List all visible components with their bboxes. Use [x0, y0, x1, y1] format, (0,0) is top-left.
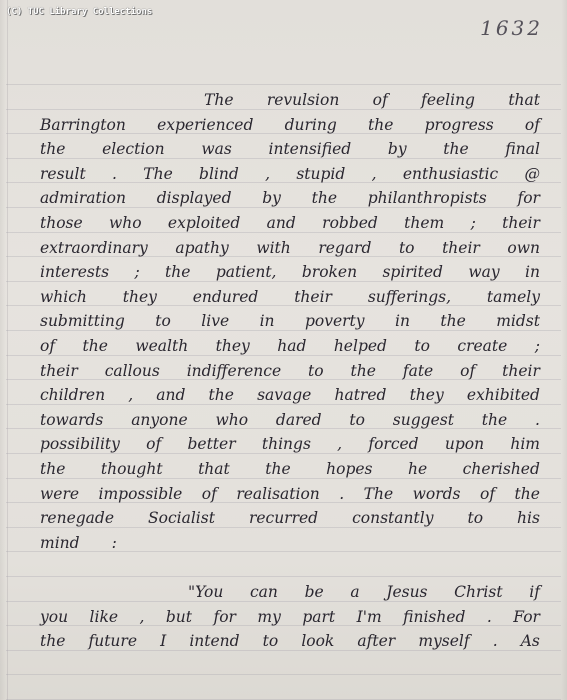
manuscript-line: children,andthesavagehatredtheyexhibited [40, 383, 540, 407]
word: the [368, 113, 393, 137]
word: you [40, 605, 68, 629]
word: robbed [322, 211, 378, 235]
word: enthusiastic [403, 162, 498, 186]
word: ; [471, 211, 476, 235]
word: he [408, 457, 427, 481]
word: of [460, 359, 475, 383]
manuscript-line: renegadeSocialistrecurredconstantlytohis [40, 506, 540, 530]
word: , [139, 605, 144, 629]
manuscript-line: Barringtonexperiencedduringtheprogressof [40, 113, 540, 137]
word: . [112, 162, 117, 186]
word: to [263, 629, 279, 653]
word: in [525, 260, 540, 284]
word: fate [403, 359, 433, 383]
word: upon [445, 432, 484, 456]
word: for [517, 186, 539, 210]
word: things [262, 432, 311, 456]
word: way [468, 260, 499, 284]
word: ; [134, 260, 139, 284]
word: their [40, 359, 78, 383]
word: they [410, 383, 444, 407]
word: , [372, 162, 377, 186]
word: to [155, 309, 171, 333]
manuscript-line: whichtheyenduredtheirsufferings,tamely [40, 285, 540, 309]
word: myself [418, 629, 469, 653]
word: stupid [296, 162, 345, 186]
word: future [88, 629, 137, 653]
word: extraordinary [40, 236, 148, 260]
word: philanthropists [368, 186, 487, 210]
word: who [109, 211, 142, 235]
word: cherished [463, 457, 540, 481]
manuscript-line: thosewhoexploitedandrobbedthem;their [40, 211, 540, 235]
word: who [215, 408, 248, 432]
word: , [337, 432, 342, 456]
word: patient, [216, 260, 277, 284]
word: a [350, 580, 359, 604]
word: wealth [135, 334, 188, 358]
word: tamely [487, 285, 540, 309]
word: by [388, 137, 407, 161]
manuscript-line: wereimpossibleofrealisation.Thewordsofth… [40, 482, 540, 506]
word: submitting [40, 309, 125, 333]
word: sufferings, [368, 285, 451, 309]
word: which [40, 285, 87, 309]
word: Barrington [40, 113, 126, 137]
word: The [143, 162, 173, 186]
word: : [112, 531, 117, 555]
word: broken [302, 260, 357, 284]
word: experienced [157, 113, 253, 137]
word: revulsion [267, 88, 340, 112]
word: by [262, 186, 281, 210]
word: the [440, 309, 465, 333]
word: @ [524, 162, 540, 186]
copyright-watermark: (C) TUC Library Collections [6, 7, 152, 17]
word: impossible [99, 482, 183, 506]
manuscript-line: thethoughtthatthehopeshecherished [40, 457, 540, 481]
manuscript-line: theircallousindifferencetothefateoftheir [40, 359, 540, 383]
manuscript-line: mind: [40, 531, 540, 555]
word: poverty [305, 309, 365, 333]
word: apathy [175, 236, 228, 260]
word: was [201, 137, 231, 161]
word: anyone [131, 408, 187, 432]
manuscript-line: Therevulsionoffeelingthat [40, 88, 540, 112]
word: result [40, 162, 86, 186]
word: endured [193, 285, 259, 309]
word: election [102, 137, 164, 161]
word: intend [189, 629, 239, 653]
word: be [305, 580, 324, 604]
word: realisation [236, 482, 319, 506]
word: intensified [269, 137, 352, 161]
word: constantly [352, 506, 433, 530]
word: . [339, 482, 344, 506]
word: children [40, 383, 105, 407]
word: during [285, 113, 337, 137]
manuscript-page: (C) TUC Library Collections 1632 Therevu… [0, 0, 567, 700]
word: ; [535, 334, 540, 358]
word: of [40, 334, 55, 358]
word: to [467, 506, 483, 530]
word: his [517, 506, 540, 530]
word: but [166, 605, 192, 629]
word: mind [40, 531, 80, 555]
manuscript-line: submittingtoliveinpovertyinthemidst [40, 309, 540, 333]
word: and [156, 383, 185, 407]
manuscript-line: youlike,butformypartI'mfinished.For [40, 605, 540, 629]
word: Socialist [148, 506, 215, 530]
word: own [507, 236, 540, 260]
word: admiration [40, 186, 126, 210]
margin-line [7, 0, 8, 700]
word: . [487, 605, 492, 629]
word: interests [40, 260, 109, 284]
word: my [257, 605, 280, 629]
word: hopes [326, 457, 372, 481]
word: spirited [382, 260, 443, 284]
word: the [265, 457, 290, 481]
manuscript-line: possibilityofbetterthings,forceduponhim [40, 432, 540, 456]
word: if [529, 580, 540, 604]
word: exploited [168, 211, 240, 235]
word: For [513, 605, 540, 629]
manuscript-line: ofthewealththeyhadhelpedtocreate; [40, 334, 540, 358]
word: The [204, 88, 234, 112]
word: better [187, 432, 235, 456]
word: their [442, 236, 480, 260]
manuscript-line: admirationdisplayedbythephilanthropistsf… [40, 186, 540, 210]
word: the [482, 408, 507, 432]
word: the [515, 482, 540, 506]
word: forced [368, 432, 418, 456]
word: were [40, 482, 79, 506]
word: the [209, 383, 234, 407]
manuscript-line: towardsanyonewhodaredtosuggestthe. [40, 408, 540, 432]
word: the [351, 359, 376, 383]
word: like [90, 605, 118, 629]
word: their [502, 211, 540, 235]
word: the [165, 260, 190, 284]
word: . [493, 629, 498, 653]
word: to [399, 236, 415, 260]
ruled-line [6, 84, 561, 85]
word: of [146, 432, 161, 456]
word: words [413, 482, 461, 506]
word: to [349, 408, 365, 432]
word: thought [101, 457, 163, 481]
word: dared [276, 408, 322, 432]
word: their [502, 359, 540, 383]
manuscript-line: interests;thepatient,brokenspiritedwayin [40, 260, 540, 284]
word: exhibited [467, 383, 540, 407]
manuscript-line: extraordinaryapathywithregardtotheirown [40, 236, 540, 260]
word: part [302, 605, 335, 629]
word: recurred [249, 506, 318, 530]
word: the [40, 629, 65, 653]
ruled-line [6, 674, 561, 675]
word: finished [403, 605, 465, 629]
word: for [213, 605, 235, 629]
word: "You [188, 580, 223, 604]
word: they [123, 285, 157, 309]
word: renegade [40, 506, 114, 530]
word: had [277, 334, 306, 358]
manuscript-line: theelectionwasintensifiedbythefinal [40, 137, 540, 161]
word: the [312, 186, 337, 210]
word: callous [105, 359, 160, 383]
word: and [267, 211, 296, 235]
word: of [373, 88, 388, 112]
manuscript-line: result.Theblind,stupid,enthusiastic@ [40, 162, 540, 186]
word: possibility [40, 432, 120, 456]
word: midst [496, 309, 540, 333]
word: blind [199, 162, 239, 186]
word: can [250, 580, 278, 604]
word: feeling [421, 88, 475, 112]
word: look [301, 629, 334, 653]
word: , [265, 162, 270, 186]
manuscript-line: "YoucanbeaJesusChristif [40, 580, 540, 604]
word: to [308, 359, 324, 383]
word: in [260, 309, 275, 333]
word: , [128, 383, 133, 407]
word: I'm [357, 605, 382, 629]
word: indifference [187, 359, 281, 383]
word: after [357, 629, 395, 653]
manuscript-line: thefutureIintendtolookaftermyself.As [40, 629, 540, 653]
word: the [40, 137, 65, 161]
word: Christ [454, 580, 502, 604]
word: towards [40, 408, 103, 432]
word: I [160, 629, 166, 653]
word: final [505, 137, 540, 161]
word: live [201, 309, 229, 333]
word: savage [257, 383, 311, 407]
word: create [457, 334, 507, 358]
word: the [40, 457, 65, 481]
word: The [364, 482, 394, 506]
word: him [510, 432, 540, 456]
word: of [480, 482, 495, 506]
word: progress [425, 113, 494, 137]
word: displayed [157, 186, 232, 210]
word: that [508, 88, 540, 112]
word: their [294, 285, 332, 309]
word: they [216, 334, 250, 358]
word: to [414, 334, 430, 358]
word: with [256, 236, 290, 260]
word: them [404, 211, 444, 235]
word: Jesus [386, 580, 427, 604]
word: that [198, 457, 230, 481]
ruled-line [6, 576, 561, 577]
word: regard [318, 236, 371, 260]
word: those [40, 211, 83, 235]
word: the [83, 334, 108, 358]
page-number: 1632 [480, 16, 543, 40]
word: helped [334, 334, 387, 358]
word: As [521, 629, 540, 653]
word: suggest [393, 408, 454, 432]
word: the [443, 137, 468, 161]
word: in [395, 309, 410, 333]
word: of [202, 482, 217, 506]
word: . [535, 408, 540, 432]
word: of [525, 113, 540, 137]
word: hatred [334, 383, 386, 407]
